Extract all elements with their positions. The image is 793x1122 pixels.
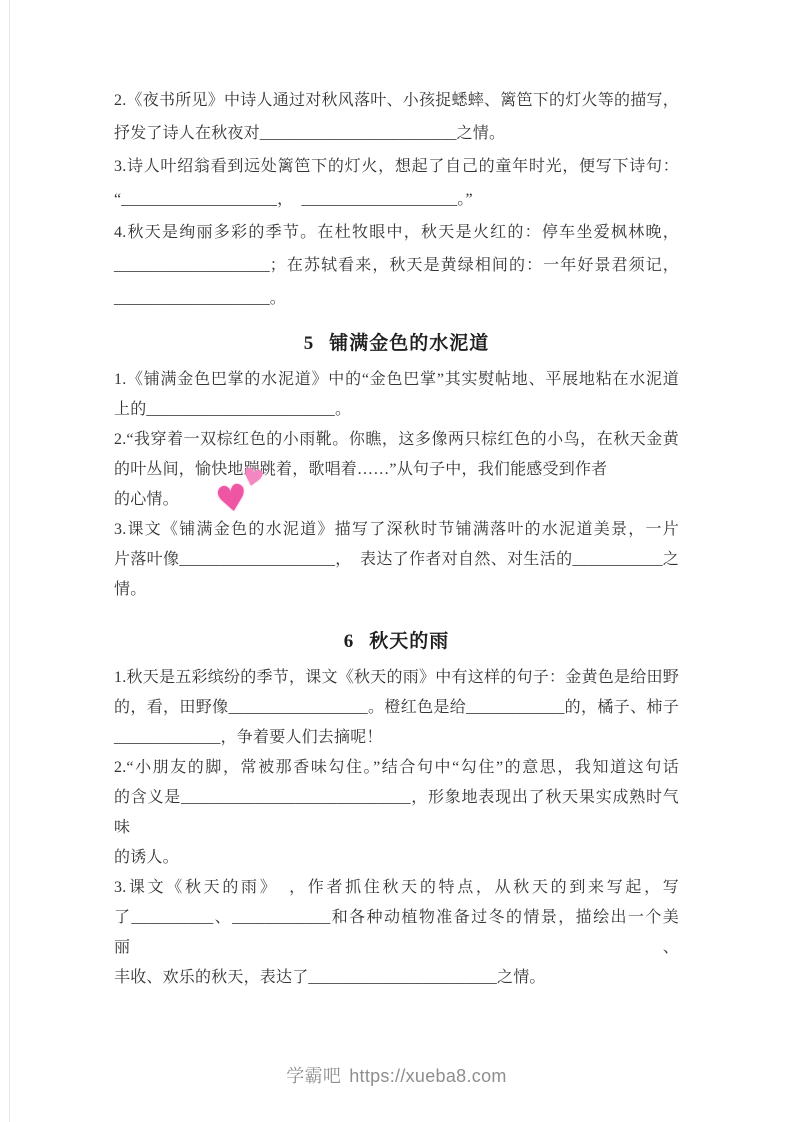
footer-credit: 学霸吧https://xueba8.com [0,1062,793,1088]
text-line-with-blank: _____________，争着要人们去摘呢！ [114,723,679,753]
text-line-with-blank: ___________________；在苏轼看来，秋天是黄绿相间的：一年好景君… [114,249,679,282]
text-line: 的叶丛间，愉快地蹦跳着，歌唱着……”从句子中，我们能感受到作者 [114,455,679,485]
text-line-with-blank: ___________________。 [114,282,679,315]
page-edge-line [9,0,10,1122]
lesson-number: 6 [344,631,355,652]
lesson-title: 秋天的雨 [369,631,449,652]
text-line: 的诱人。 [114,843,679,873]
text-line: 3.课文《铺满金色的水泥道》描写了深秋时节铺满落叶的水泥道美景，一片 [114,515,679,545]
worksheet-content: 2.《夜书所见》中诗人通过对秋风落叶、小孩捉蟋蟀、篱笆下的灯火等的描写， 抒发了… [114,84,679,993]
text-line-with-blank: 上的_______________________。 [114,395,679,425]
lesson-number: 5 [304,333,315,354]
worksheet-page: 2.《夜书所见》中诗人通过对秋风落叶、小孩捉蟋蟀、篱笆下的灯火等的描写， 抒发了… [0,0,793,1122]
text-line: 2.“我穿着一双棕红色的小雨靴。你瞧，这多像两只棕红色的小鸟，在秋天金黄 [114,425,679,455]
question-block-continuation: 2.《夜书所见》中诗人通过对秋风落叶、小孩捉蟋蟀、篱笆下的灯火等的描写， 抒发了… [114,84,679,315]
text-line: 2.《夜书所见》中诗人通过对秋风落叶、小孩捉蟋蟀、篱笆下的灯火等的描写， [114,84,679,117]
text-line: 2.“小朋友的脚，常被那香味勾住。”结合句中“勾住”的意思，我知道这句话 [114,753,679,783]
footer-site-name: 学霸吧 [286,1066,341,1086]
text-line-with-blank: 的，看，田野像_________________。橙红色是给__________… [114,693,679,723]
section-heading-lesson6: 6秋天的雨 [114,627,679,657]
text-line-with-blank: 的含义是____________________________，形象地表现出了… [114,783,679,843]
text-line-with-blank: 丰收、欢乐的秋天，表达了_______________________之情。 [114,963,679,993]
text-line-with-blank: 抒发了诗人在秋夜对________________________之情。 [114,117,679,150]
text-line: 1.秋天是五彩缤纷的季节，课文《秋天的雨》中有这样的句子：金黄色是给田野 [114,663,679,693]
question-block-lesson5: 1.《铺满金色巴掌的水泥道》中的“金色巴掌”其实熨帖地、平展地粘在水泥道 上的_… [114,365,679,605]
footer-url: https://xueba8.com [349,1066,507,1086]
text-line-with-blank: “___________________， __________________… [114,183,679,216]
text-line: 的心情。 [114,485,679,515]
lesson-title: 铺满金色的水泥道 [329,333,489,354]
text-line-with-blank: 片落叶像___________________， 表达了作者对自然、对生活的__… [114,545,679,575]
text-line-with-blank: 了__________、____________和各种动植物准备过冬的情景，描绘… [114,903,679,963]
text-line: 3.课文《秋天的雨》 ，作者抓住秋天的特点，从秋天的到来写起，写 [114,873,679,903]
text-line: 3.诗人叶绍翁看到远处篱笆下的灯火，想起了自己的童年时光，便写下诗句： [114,150,679,183]
question-block-lesson6: 1.秋天是五彩缤纷的季节，课文《秋天的雨》中有这样的句子：金黄色是给田野 的，看… [114,663,679,993]
text-line: 情。 [114,575,679,605]
text-line: 1.《铺满金色巴掌的水泥道》中的“金色巴掌”其实熨帖地、平展地粘在水泥道 [114,365,679,395]
section-heading-lesson5: 5铺满金色的水泥道 [114,329,679,359]
text-line: 4.秋天是绚丽多彩的季节。在杜牧眼中，秋天是火红的：停车坐爱枫林晚， [114,216,679,249]
